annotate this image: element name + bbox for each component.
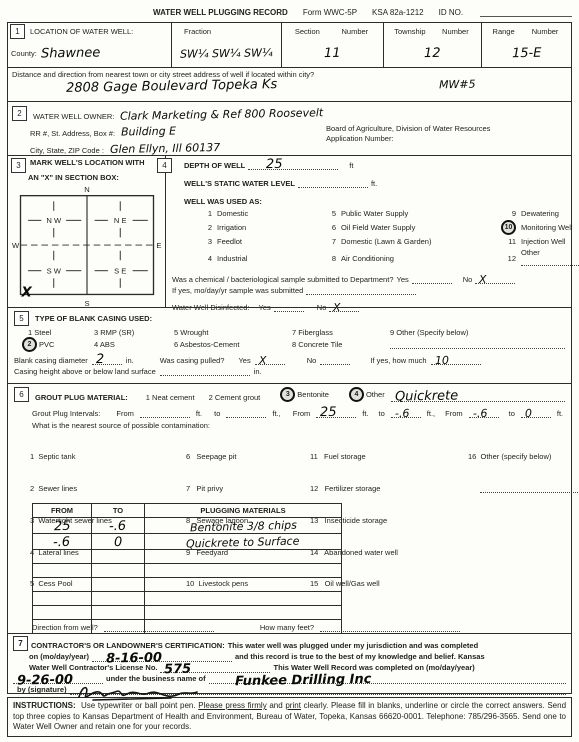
sample-date-blank-line <box>306 286 416 295</box>
county-label: County: <box>11 49 37 58</box>
use-option-number: 6 <box>318 223 336 232</box>
from-value: 25 <box>54 519 71 534</box>
use-option-label: Feedlot <box>217 237 313 246</box>
casing-height-blank-line <box>160 367 250 376</box>
board-of-agriculture-block: Board of Agriculture, Division of Water … <box>326 124 490 144</box>
instructions-text: and <box>267 701 286 710</box>
static-level-blank-line <box>298 179 368 188</box>
casing-option: 4 ABS <box>94 340 166 349</box>
how-much-value: 10 <box>434 354 448 367</box>
section-well-details: 4 DEPTH OF WELL 25 ft WELL'S STATIC WATE… <box>166 156 579 307</box>
casing-option: 3 RMP (SR) <box>94 328 166 337</box>
section-certification: 7 CONTRACTOR'S OR LANDOWNER'S CERTIFICAT… <box>8 633 571 693</box>
casing-number-circled-pvc: 2 <box>22 337 37 352</box>
section-5-title: TYPE OF BLANK CASING USED: <box>35 314 152 323</box>
city-state-zip-value: Glen Ellyn, Ill 60137 <box>110 141 220 156</box>
use-option-number: 4 <box>196 254 212 263</box>
section-4-number-badge: 4 <box>157 158 172 173</box>
certification-text-1: This water well was plugged under my jur… <box>228 640 478 651</box>
interval-from-label: From <box>445 409 463 418</box>
compass-east-label: E <box>156 241 161 250</box>
range-number-label: Number <box>532 27 559 36</box>
grout-option: 2 Cement grout <box>209 393 261 402</box>
section-location-diagram: N N W N E <box>11 182 163 310</box>
city-state-zip-label: City, State, ZIP Code : <box>30 146 104 155</box>
well-location-x-mark: X <box>20 285 32 300</box>
address-label: RR #, St. Address, Box #: <box>30 129 115 138</box>
static-water-level-label: WELL'S STATIC WATER LEVEL <box>184 179 295 188</box>
license-value: 575 <box>164 664 191 675</box>
grout-option-bentonite-circled: 3 Bentonite <box>280 387 329 402</box>
ft-comma-label: ft., <box>427 409 435 418</box>
well-use-options: 1 Domestic 5 Public Water Supply 9 Dewat… <box>172 206 579 268</box>
interval-to-label: to <box>379 409 385 418</box>
certification-text-2: and this record is true to the best of m… <box>235 651 485 662</box>
use-other-blank-line <box>521 257 579 266</box>
fraction-cell: Fraction SW¼ SW¼ SW¼ <box>171 23 281 67</box>
use-option-number: 3 <box>196 237 212 246</box>
from-column-header: FROM <box>33 504 92 518</box>
sample-no-label: No <box>463 275 473 284</box>
section-blank-casing: 5 TYPE OF BLANK CASING USED: 1 Steel 3 R… <box>8 307 571 383</box>
use-option-label: Industrial <box>217 254 313 263</box>
static-level-unit-label: ft. <box>371 179 377 188</box>
location-grid: 1 LOCATION OF WATER WELL: County: Shawne… <box>8 23 571 67</box>
owner-label: WATER WELL OWNER: <box>33 112 114 121</box>
use-option-number: 2 <box>196 223 212 232</box>
nw-quarter-label: N W <box>46 216 62 225</box>
sample-yes-label: Yes <box>397 275 409 284</box>
range-value: 15-E <box>512 45 542 61</box>
grout-intervals-line: Grout Plug Intervals: From ft. to ft., F… <box>14 402 565 418</box>
table-row: 25 -.6 Bentonite 3/8 chips <box>33 518 342 534</box>
casing-option: 6 Asbestos-Cement <box>174 340 284 349</box>
use-option-label: Domestic <box>217 209 313 218</box>
ft-label: ft. <box>362 409 368 418</box>
use-option-label: Air Conditioning <box>341 254 487 263</box>
section-grout-plug: 6 GROUT PLUG MATERIAL: 1 Neat cement 2 C… <box>8 383 571 501</box>
form-title: WATER WELL PLUGGING RECORD <box>153 8 288 17</box>
section-number-cell: Section Number 11 <box>281 23 383 67</box>
interval-2-to-blank: -.6 <box>391 409 421 418</box>
contamination-option: 2 Sewer lines <box>30 484 180 495</box>
casing-diameter-label: Blank casing diameter <box>14 356 88 365</box>
fraction-label: Fraction <box>174 27 211 36</box>
range-cell: Range Number 15-E <box>481 23 571 67</box>
signature-label: by (signature) <box>17 684 67 695</box>
statute-reference: KSA 82a-1212 <box>372 8 424 17</box>
section-well-owner: 2 WATER WELL OWNER: Clark Marketing & Re… <box>8 101 571 155</box>
depth-blank-line: 25 <box>248 161 338 170</box>
section-3-number-badge: 3 <box>11 158 26 173</box>
depth-unit-label: ft <box>349 161 353 170</box>
material-value: Bentonite 3/8 chips <box>189 519 296 535</box>
materials-column-header: PLUGGING MATERIALS <box>145 504 342 518</box>
contamination-other-blank-line <box>480 484 579 493</box>
grout-number-circled-bentonite: 3 <box>280 387 295 402</box>
use-option-number-circled-monitoring-well: 10 <box>501 220 516 235</box>
interval-from-label: From <box>116 409 134 418</box>
use-option-label: Dewatering <box>521 209 579 218</box>
interval-1-to-blank <box>226 409 266 418</box>
use-option-number: 7 <box>318 237 336 246</box>
township-number-label: Number <box>442 27 469 36</box>
form-body: 1 LOCATION OF WATER WELL: County: Shawne… <box>7 22 572 694</box>
address-value: Building E <box>121 125 176 139</box>
plugging-materials-table: FROM TO PLUGGING MATERIALS 25 -.6 Benton… <box>32 503 342 634</box>
casing-diameter-blank-line: 2 <box>92 356 122 365</box>
grout-option: 1 Neat cement <box>146 393 195 402</box>
id-no-blank-line <box>480 7 572 17</box>
how-much-label: If yes, how much <box>370 356 426 365</box>
section-location-of-well: 1 LOCATION OF WATER WELL: County: Shawne… <box>8 23 571 67</box>
ft-label: ft. <box>557 409 563 418</box>
table-row <box>33 550 342 564</box>
casing-option: 7 Fiberglass <box>292 328 382 337</box>
signature <box>73 681 213 707</box>
contamination-option: 6 Seepage pit <box>186 452 304 463</box>
distance-direction-row: Distance and direction from nearest town… <box>8 67 571 101</box>
casing-height-unit: in. <box>254 367 262 376</box>
interval-2-from-blank: 25 <box>316 409 356 418</box>
grout-other-blank-line: Quickrete <box>391 393 565 402</box>
township-value: 12 <box>424 45 441 60</box>
casing-option: 1 Steel <box>28 328 86 337</box>
interval-to-label: to <box>509 409 515 418</box>
grout-option-other-circled: 4 Other <box>349 387 385 402</box>
interval-2-to-value: -.6 <box>395 407 410 420</box>
sample-date-label: If yes, mo/day/yr sample was submitted <box>172 286 303 295</box>
section-number-value: 11 <box>324 45 341 60</box>
from-value: -.6 <box>53 535 70 550</box>
use-option-number: 11 <box>492 237 516 246</box>
section-label: Section <box>295 27 320 36</box>
grout-number-circled-other: 4 <box>349 387 364 402</box>
license-blank-line: 575 <box>160 664 270 673</box>
section-number-label: Number <box>341 27 368 36</box>
depth-value: 25 <box>266 157 283 172</box>
plugged-date-value: 8-16-00 <box>106 653 162 665</box>
table-row <box>33 578 342 592</box>
section-mark-location: 3 MARK WELL'S LOCATION WITH AN "X" IN SE… <box>8 156 166 307</box>
use-option-label-other: Other <box>521 248 579 268</box>
use-option-label: Monitoring Well <box>521 223 579 232</box>
use-option-number: 8 <box>318 254 336 263</box>
certification-title: CONTRACTOR'S OR LANDOWNER'S CERTIFICATIO… <box>31 640 225 651</box>
table-row <box>33 620 342 634</box>
township-label: Township <box>394 27 425 36</box>
sample-submitted-question: Was a chemical / bacteriological sample … <box>172 275 394 284</box>
material-value: Quickrete to Surface <box>186 535 300 551</box>
contamination-option: 12 Fertilizer storage <box>310 484 462 495</box>
interval-from-label: From <box>293 409 311 418</box>
depth-of-well-label: DEPTH OF WELL <box>184 161 245 170</box>
section-3-title-line1: MARK WELL'S LOCATION WITH <box>30 158 145 173</box>
plugged-date-blank-line: 8-16-00 <box>92 653 232 662</box>
grout-intervals-label: Grout Plug Intervals: <box>32 409 100 418</box>
water-well-plugging-record-form: WATER WELL PLUGGING RECORD Form WWC-5P K… <box>0 0 579 742</box>
range-label: Range <box>493 27 515 36</box>
section-6-number-badge: 6 <box>14 387 29 402</box>
section-2-number-badge: 2 <box>12 106 27 121</box>
county-value: Shawnee <box>41 45 101 61</box>
use-option-label: Irrigation <box>217 223 313 232</box>
record-completed-label: This Water Well Record was completed on … <box>273 662 474 673</box>
business-name-blank-line: Funkee Drilling Inc <box>209 675 566 684</box>
form-number: Form WWC-5P <box>303 8 357 17</box>
contamination-option: 16 Other (specify below) <box>468 452 579 463</box>
ne-quarter-label: N E <box>114 216 127 225</box>
use-option-label: Injection Well <box>521 237 579 246</box>
use-option-number: 12 <box>492 254 516 263</box>
form-header: WATER WELL PLUGGING RECORD Form WWC-5P K… <box>7 4 572 22</box>
use-option-label: Public Water Supply <box>341 209 487 218</box>
interval-1-from-blank <box>140 409 190 418</box>
section-3-and-4-row: 3 MARK WELL'S LOCATION WITH AN "X" IN SE… <box>8 155 571 307</box>
use-option-number: 9 <box>492 209 516 218</box>
casing-pulled-no-blank-line <box>320 356 350 365</box>
board-label: Board of Agriculture, Division of Water … <box>326 124 490 134</box>
to-value: -.6 <box>109 519 126 534</box>
instructions-underlined-print: print <box>285 701 301 710</box>
well-id-value: MW#5 <box>439 78 476 92</box>
use-option-number: 1 <box>196 209 212 218</box>
to-column-header: TO <box>92 504 145 518</box>
contamination-option: 11 Fuel storage <box>310 452 462 463</box>
section-5-number-badge: 5 <box>14 311 29 326</box>
table-row <box>33 564 342 578</box>
table-row <box>33 606 342 620</box>
fraction-value: SW¼ SW¼ SW¼ <box>180 46 273 61</box>
casing-other-blank-line <box>390 340 565 349</box>
interval-3-to-value: 0 <box>525 407 532 420</box>
sample-yes-blank-line <box>412 275 452 284</box>
casing-pulled-yes-x-mark: X <box>259 354 267 367</box>
township-cell: Township Number 12 <box>383 23 481 67</box>
sample-no-blank-line: X <box>475 275 515 284</box>
ft-label: ft. <box>196 409 202 418</box>
use-option-label: Domestic (Lawn & Garden) <box>341 237 487 246</box>
table-header-row: FROM TO PLUGGING MATERIALS <box>33 504 342 518</box>
casing-pulled-label: Was casing pulled? <box>160 356 225 365</box>
casing-option: 8 Concrete Tile <box>292 340 382 349</box>
instructions-title: INSTRUCTIONS: <box>13 701 76 710</box>
section-3-title-line2: AN "X" IN SECTION BOX: <box>11 173 162 182</box>
use-option-number: 5 <box>318 209 336 218</box>
section-1-title: LOCATION OF WATER WELL: <box>30 27 133 36</box>
well-used-as-label: WELL WAS USED AS: <box>184 197 262 206</box>
ft-comma-label: ft., <box>272 409 280 418</box>
to-value: 0 <box>114 535 123 550</box>
casing-pulled-no-label: No <box>307 356 317 365</box>
casing-option: 9 Other (Specify below) <box>390 328 565 337</box>
section-6-title: GROUT PLUG MATERIAL: <box>35 393 128 402</box>
casing-diameter-value: 2 <box>96 352 105 367</box>
interval-3-from-blank: -.6 <box>469 409 499 418</box>
sw-quarter-label: S W <box>47 267 62 276</box>
casing-option-pvc-circled: 2 PVC <box>22 337 86 352</box>
grout-other-value: Quickrete <box>395 388 458 404</box>
location-title-cell: 1 LOCATION OF WATER WELL: County: Shawne… <box>8 23 171 67</box>
interval-3-to-blank: 0 <box>521 409 551 418</box>
well-street-address-value: 2808 Gage Boulevard Topeka Ks <box>66 77 277 96</box>
how-much-blank-line: 10 <box>431 356 481 365</box>
contamination-option: 1 Septic tank <box>30 452 180 463</box>
contamination-option: 7 Pit privy <box>186 484 304 495</box>
plugging-materials-area: FROM TO PLUGGING MATERIALS 25 -.6 Benton… <box>8 501 571 633</box>
interval-to-label: to <box>214 409 220 418</box>
plugged-on-label: on (mo/day/year) <box>29 651 89 662</box>
casing-option: 5 Wrought <box>174 328 284 337</box>
casing-diameter-unit: in. <box>126 356 134 365</box>
casing-pulled-yes-blank-line: X <box>255 356 285 365</box>
casing-pulled-yes-label: Yes <box>238 356 250 365</box>
id-no-label: ID NO. <box>439 8 463 17</box>
compass-west-label: W <box>12 241 20 250</box>
compass-north-label: N <box>84 185 89 194</box>
application-number-label: Application Number: <box>326 134 490 144</box>
interval-2-from-value: 25 <box>320 405 337 420</box>
table-row: -.6 0 Quickrete to Surface <box>33 534 342 550</box>
se-quarter-label: S E <box>114 267 126 276</box>
interval-3-from-value: -.6 <box>473 407 488 420</box>
table-row <box>33 592 342 606</box>
casing-height-label: Casing height above or below land surfac… <box>14 367 156 376</box>
use-option-label: Oil Field Water Supply <box>341 223 487 232</box>
section-1-number-badge: 1 <box>10 24 25 39</box>
sample-no-x-mark: X <box>479 273 487 286</box>
section-7-number-badge: 7 <box>13 636 28 651</box>
